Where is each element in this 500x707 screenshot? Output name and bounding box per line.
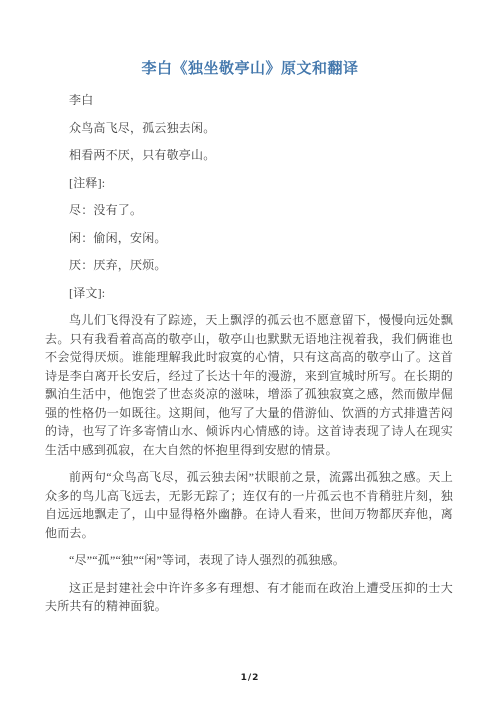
- paragraph: 前两句“众鸟高飞尽，孤云独去闲”状眼前之景，流露出孤独之感。天上众多的鸟儿高飞远…: [45, 468, 453, 542]
- paragraph: 鸟儿们飞得没有了踪迹，天上飘浮的孤云也不愿意留下，慢慢向远处飘去。只有我看着高高…: [45, 311, 453, 459]
- paragraph: [译文]:: [45, 284, 453, 303]
- paragraph: 厌：厌弃，厌烦。: [45, 256, 453, 275]
- paragraph: 相看两不厌，只有敬亭山。: [45, 146, 453, 165]
- paragraph: [注释]:: [45, 174, 453, 193]
- paragraph: 李白: [45, 91, 453, 110]
- paragraph: 尽：没有了。: [45, 201, 453, 220]
- page-title: 李白《独坐敬亭山》原文和翻译: [0, 0, 500, 78]
- page-number: 1/2: [0, 673, 500, 683]
- paragraph: 闲：偷闲，安闲。: [45, 229, 453, 248]
- paragraph: “尽”“孤”“独”“闲”等词，表现了诗人强烈的孤独感。: [45, 551, 453, 570]
- paragraph: 众鸟高飞尽，孤云独去闲。: [45, 119, 453, 138]
- document-page: 李白《独坐敬亭山》原文和翻译 李白众鸟高飞尽，孤云独去闲。相看两不厌，只有敬亭山…: [0, 0, 500, 707]
- document-body: 李白众鸟高飞尽，孤云独去闲。相看两不厌，只有敬亭山。[注释]:尽：没有了。闲：偷…: [45, 91, 453, 616]
- paragraph: 这正是封建社会中许许多多有理想、有才能而在政治上遭受压抑的士大夫所共有的精神面貌…: [45, 579, 453, 616]
